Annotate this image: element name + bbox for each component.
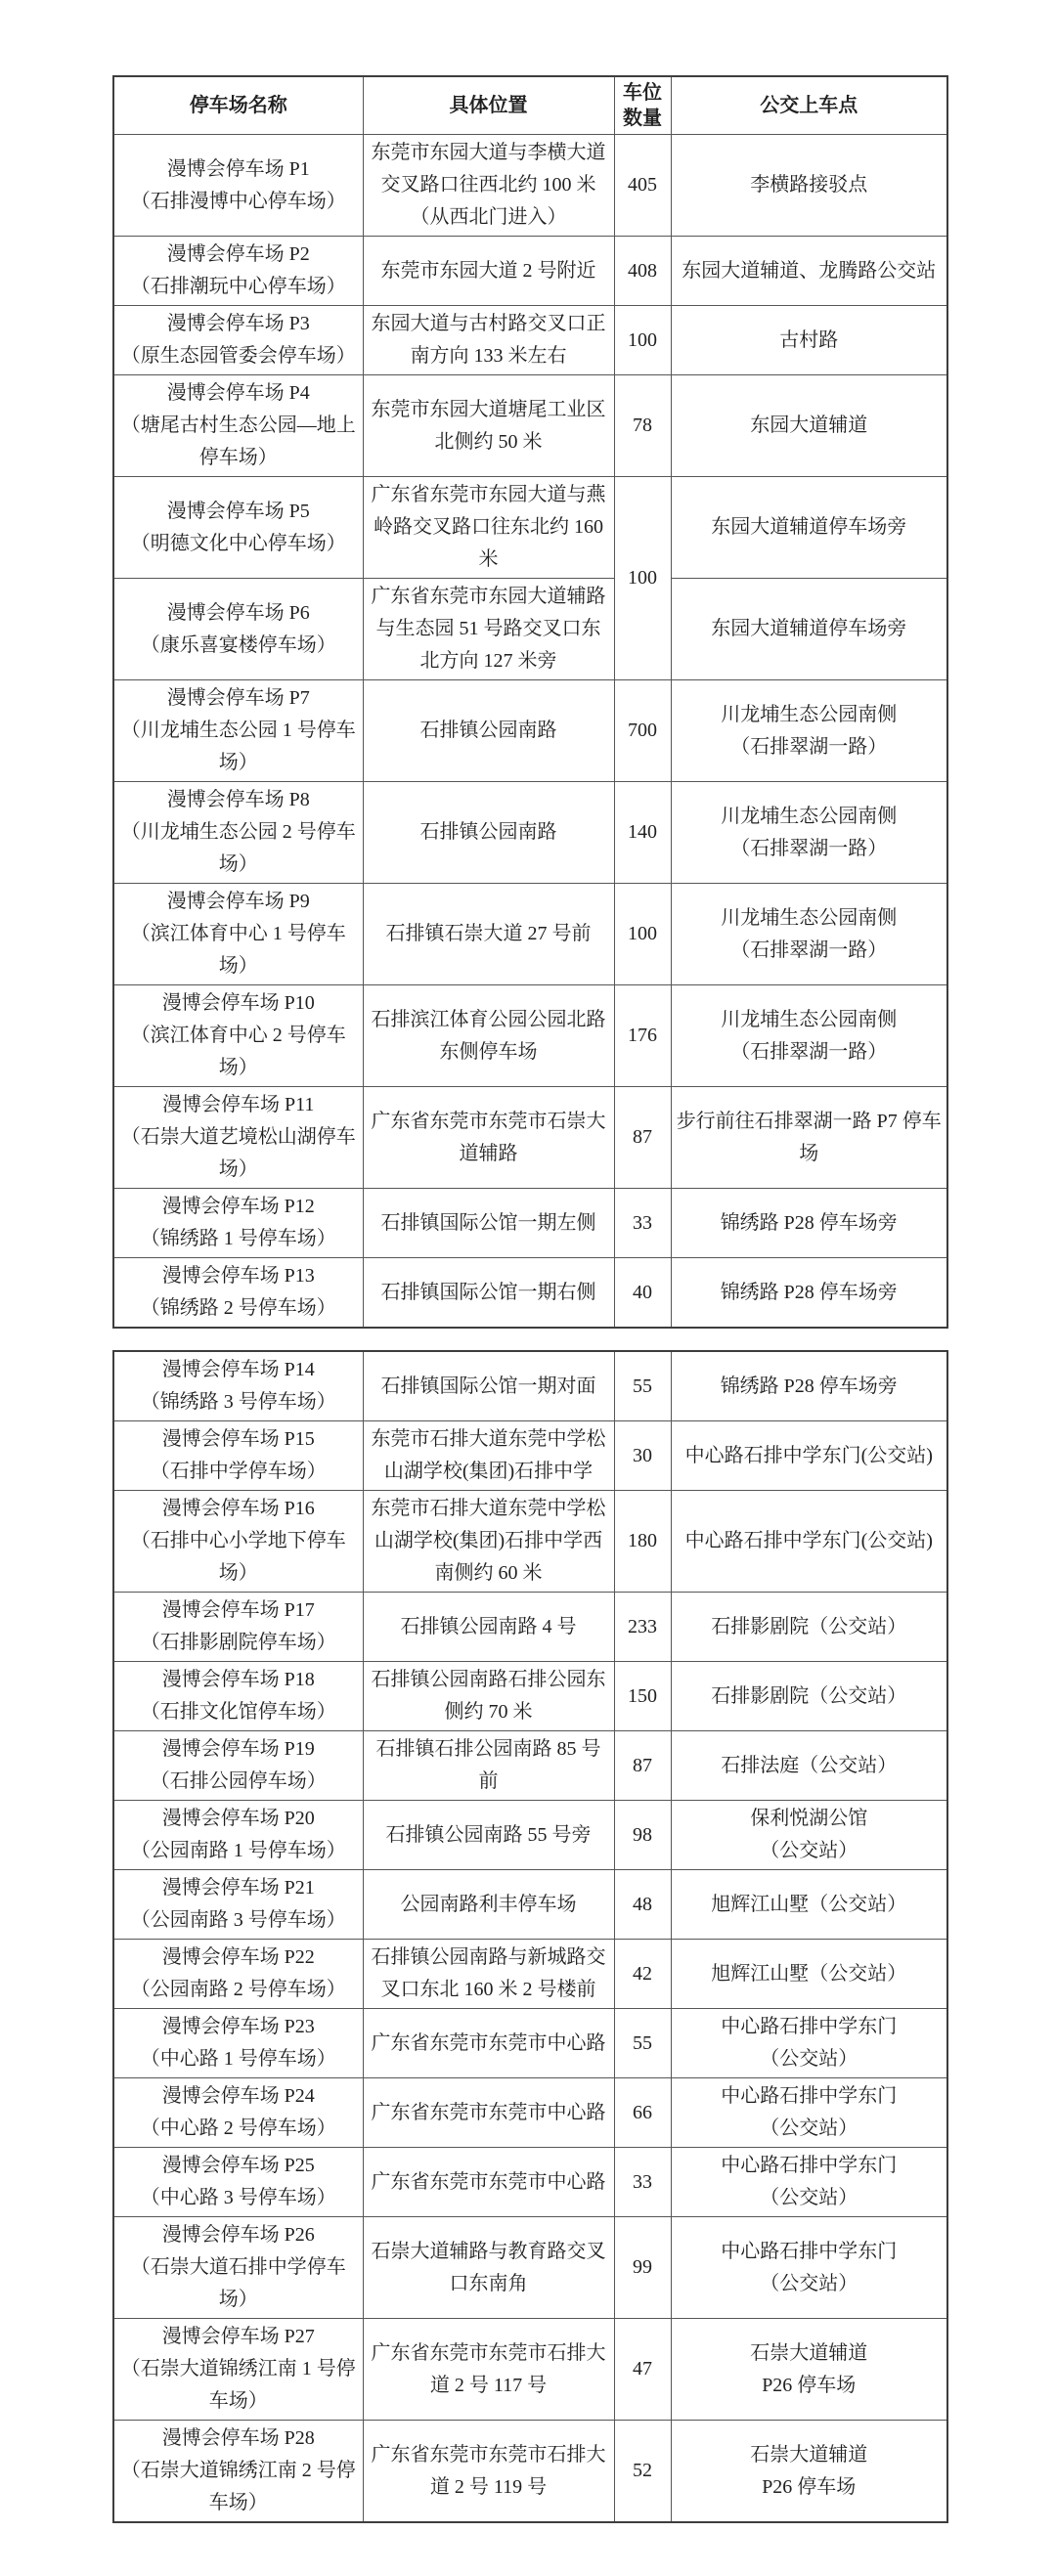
parking-name-cell: 漫博会停车场 P13 （锦绣路 2 号停车场） bbox=[113, 1258, 363, 1329]
location-cell: 东园大道与古村路交叉口正南方向 133 米左右 bbox=[363, 306, 614, 375]
bus-stop-cell: 中心路石排中学东门 （公交站） bbox=[671, 2148, 947, 2217]
bus-stop-cell: 旭辉江山墅（公交站） bbox=[671, 1940, 947, 2009]
parking-name-cell: 漫博会停车场 P25 （中心路 3 号停车场） bbox=[113, 2148, 363, 2217]
capacity-cell: 150 bbox=[614, 1662, 671, 1731]
parking-name-cell: 漫博会停车场 P21 （公园南路 3 号停车场） bbox=[113, 1870, 363, 1940]
document-page: 停车场名称 具体位置 车位 数量 公交上车点 漫博会停车场 P1 （石排漫博中心… bbox=[0, 0, 1056, 2576]
table-row: 漫博会停车场 P6 （康乐喜宴楼停车场）广东省东莞市东园大道辅路与生态园 51 … bbox=[113, 579, 947, 680]
location-cell: 广东省东莞市东莞市中心路 bbox=[363, 2078, 614, 2148]
bus-stop-cell: 锦绣路 P28 停车场旁 bbox=[671, 1189, 947, 1258]
table-row: 漫博会停车场 P26 （石崇大道石排中学停车场）石崇大道辅路与教育路交叉口东南角… bbox=[113, 2217, 947, 2319]
capacity-cell: 87 bbox=[614, 1731, 671, 1801]
bus-stop-cell: 东园大道辅道 bbox=[671, 375, 947, 477]
col-header-capacity: 车位 数量 bbox=[614, 76, 671, 135]
bus-stop-cell: 石排影剧院（公交站） bbox=[671, 1593, 947, 1662]
location-cell: 广东省东莞市东莞市中心路 bbox=[363, 2148, 614, 2217]
table-body-2: 漫博会停车场 P14 （锦绣路 3 号停车场）石排镇国际公馆一期对面55锦绣路 … bbox=[113, 1351, 947, 2522]
parking-name-cell: 漫博会停车场 P3 （原生态园管委会停车场） bbox=[113, 306, 363, 375]
capacity-cell: 55 bbox=[614, 2009, 671, 2078]
parking-table-1: 停车场名称 具体位置 车位 数量 公交上车点 漫博会停车场 P1 （石排漫博中心… bbox=[112, 75, 948, 1329]
location-cell: 公园南路利丰停车场 bbox=[363, 1870, 614, 1940]
table-row: 漫博会停车场 P13 （锦绣路 2 号停车场）石排镇国际公馆一期右侧40锦绣路 … bbox=[113, 1258, 947, 1329]
capacity-cell: 100 bbox=[614, 884, 671, 985]
table-row: 漫博会停车场 P15 （石排中学停车场）东莞市石排大道东莞中学松山湖学校(集团)… bbox=[113, 1421, 947, 1491]
parking-name-cell: 漫博会停车场 P1 （石排漫博中心停车场） bbox=[113, 135, 363, 237]
capacity-cell: 180 bbox=[614, 1491, 671, 1593]
bus-stop-cell: 川龙埔生态公园南侧 （石排翠湖一路） bbox=[671, 985, 947, 1087]
parking-name-cell: 漫博会停车场 P17 （石排影剧院停车场） bbox=[113, 1593, 363, 1662]
bus-stop-cell: 旭辉江山墅（公交站） bbox=[671, 1870, 947, 1940]
table-row: 漫博会停车场 P17 （石排影剧院停车场）石排镇公园南路 4 号233石排影剧院… bbox=[113, 1593, 947, 1662]
col-header-location: 具体位置 bbox=[363, 76, 614, 135]
bus-stop-cell: 川龙埔生态公园南侧 （石排翠湖一路） bbox=[671, 884, 947, 985]
bus-stop-cell: 锦绣路 P28 停车场旁 bbox=[671, 1351, 947, 1421]
capacity-cell: 99 bbox=[614, 2217, 671, 2319]
bus-stop-cell: 川龙埔生态公园南侧 （石排翠湖一路） bbox=[671, 782, 947, 884]
location-cell: 石排镇石崇大道 27 号前 bbox=[363, 884, 614, 985]
bus-stop-cell: 中心路石排中学东门 （公交站） bbox=[671, 2217, 947, 2319]
parking-name-cell: 漫博会停车场 P15 （石排中学停车场） bbox=[113, 1421, 363, 1491]
capacity-cell: 48 bbox=[614, 1870, 671, 1940]
location-cell: 东莞市石排大道东莞中学松山湖学校(集团)石排中学 bbox=[363, 1421, 614, 1491]
location-cell: 石排镇公园南路 bbox=[363, 782, 614, 884]
parking-name-cell: 漫博会停车场 P24 （中心路 2 号停车场） bbox=[113, 2078, 363, 2148]
parking-name-cell: 漫博会停车场 P14 （锦绣路 3 号停车场） bbox=[113, 1351, 363, 1421]
capacity-cell: 140 bbox=[614, 782, 671, 884]
table-row: 漫博会停车场 P11 （石崇大道艺境松山湖停车场）广东省东莞市东莞市石崇大道辅路… bbox=[113, 1087, 947, 1189]
bus-stop-cell: 步行前往石排翠湖一路 P7 停车场 bbox=[671, 1087, 947, 1189]
table-row: 漫博会停车场 P22 （公园南路 2 号停车场）石排镇公园南路与新城路交叉口东北… bbox=[113, 1940, 947, 2009]
capacity-cell: 100 bbox=[614, 477, 671, 680]
table-header: 停车场名称 具体位置 车位 数量 公交上车点 bbox=[113, 76, 947, 135]
parking-name-cell: 漫博会停车场 P26 （石崇大道石排中学停车场） bbox=[113, 2217, 363, 2319]
capacity-cell: 233 bbox=[614, 1593, 671, 1662]
parking-name-cell: 漫博会停车场 P7 （川龙埔生态公园 1 号停车场） bbox=[113, 680, 363, 782]
bus-stop-cell: 中心路石排中学东门 （公交站） bbox=[671, 2078, 947, 2148]
table-row: 漫博会停车场 P12 （锦绣路 1 号停车场）石排镇国际公馆一期左侧33锦绣路 … bbox=[113, 1189, 947, 1258]
location-cell: 石排镇公园南路与新城路交叉口东北 160 米 2 号楼前 bbox=[363, 1940, 614, 2009]
capacity-cell: 66 bbox=[614, 2078, 671, 2148]
capacity-cell: 87 bbox=[614, 1087, 671, 1189]
capacity-cell: 33 bbox=[614, 2148, 671, 2217]
table-row: 漫博会停车场 P10 （滨江体育中心 2 号停车场）石排滨江体育公园公园北路东侧… bbox=[113, 985, 947, 1087]
table-row: 漫博会停车场 P14 （锦绣路 3 号停车场）石排镇国际公馆一期对面55锦绣路 … bbox=[113, 1351, 947, 1421]
capacity-cell: 40 bbox=[614, 1258, 671, 1329]
parking-name-cell: 漫博会停车场 P10 （滨江体育中心 2 号停车场） bbox=[113, 985, 363, 1087]
bus-stop-cell: 石崇大道辅道 P26 停车场 bbox=[671, 2319, 947, 2421]
parking-tables-container: 停车场名称 具体位置 车位 数量 公交上车点 漫博会停车场 P1 （石排漫博中心… bbox=[112, 75, 946, 2523]
header-row: 停车场名称 具体位置 车位 数量 公交上车点 bbox=[113, 76, 947, 135]
parking-name-cell: 漫博会停车场 P11 （石崇大道艺境松山湖停车场） bbox=[113, 1087, 363, 1189]
capacity-cell: 33 bbox=[614, 1189, 671, 1258]
capacity-cell: 42 bbox=[614, 1940, 671, 2009]
capacity-cell: 30 bbox=[614, 1421, 671, 1491]
capacity-cell: 408 bbox=[614, 237, 671, 306]
location-cell: 广东省东莞市东园大道与燕岭路交叉路口往东北约 160 米 bbox=[363, 477, 614, 579]
capacity-cell: 176 bbox=[614, 985, 671, 1087]
table-row: 漫博会停车场 P19 （石排公园停车场）石排镇石排公园南路 85 号前87石排法… bbox=[113, 1731, 947, 1801]
location-cell: 石崇大道辅路与教育路交叉口东南角 bbox=[363, 2217, 614, 2319]
table-gap bbox=[112, 1329, 946, 1350]
location-cell: 广东省东莞市东莞市石排大道 2 号 117 号 bbox=[363, 2319, 614, 2421]
table-row: 漫博会停车场 P21 （公园南路 3 号停车场）公园南路利丰停车场48旭辉江山墅… bbox=[113, 1870, 947, 1940]
bus-stop-cell: 东园大道辅道停车场旁 bbox=[671, 477, 947, 579]
parking-name-cell: 漫博会停车场 P5 （明德文化中心停车场） bbox=[113, 477, 363, 579]
table-row: 漫博会停车场 P7 （川龙埔生态公园 1 号停车场）石排镇公园南路700川龙埔生… bbox=[113, 680, 947, 782]
parking-name-cell: 漫博会停车场 P19 （石排公园停车场） bbox=[113, 1731, 363, 1801]
table-row: 漫博会停车场 P24 （中心路 2 号停车场）广东省东莞市东莞市中心路66中心路… bbox=[113, 2078, 947, 2148]
capacity-cell: 78 bbox=[614, 375, 671, 477]
bus-stop-cell: 东园大道辅道停车场旁 bbox=[671, 579, 947, 680]
bus-stop-cell: 东园大道辅道、龙腾路公交站 bbox=[671, 237, 947, 306]
location-cell: 广东省东莞市东莞市石崇大道辅路 bbox=[363, 1087, 614, 1189]
location-cell: 石排镇石排公园南路 85 号前 bbox=[363, 1731, 614, 1801]
table-row: 漫博会停车场 P25 （中心路 3 号停车场）广东省东莞市东莞市中心路33中心路… bbox=[113, 2148, 947, 2217]
table-row: 漫博会停车场 P20 （公园南路 1 号停车场）石排镇公园南路 55 号旁98保… bbox=[113, 1801, 947, 1870]
location-cell: 石排镇国际公馆一期右侧 bbox=[363, 1258, 614, 1329]
capacity-cell: 55 bbox=[614, 1351, 671, 1421]
table-row: 漫博会停车场 P8 （川龙埔生态公园 2 号停车场）石排镇公园南路140川龙埔生… bbox=[113, 782, 947, 884]
location-cell: 广东省东莞市东园大道辅路与生态园 51 号路交叉口东北方向 127 米旁 bbox=[363, 579, 614, 680]
bus-stop-cell: 李横路接驳点 bbox=[671, 135, 947, 237]
parking-name-cell: 漫博会停车场 P27 （石崇大道锦绣江南 1 号停车场） bbox=[113, 2319, 363, 2421]
bus-stop-cell: 中心路石排中学东门 （公交站） bbox=[671, 2009, 947, 2078]
parking-name-cell: 漫博会停车场 P28 （石崇大道锦绣江南 2 号停车场） bbox=[113, 2421, 363, 2523]
location-cell: 东莞市东园大道与李横大道交叉路口往西北约 100 米（从西北门进入） bbox=[363, 135, 614, 237]
location-cell: 石排镇公园南路 4 号 bbox=[363, 1593, 614, 1662]
parking-name-cell: 漫博会停车场 P23 （中心路 1 号停车场） bbox=[113, 2009, 363, 2078]
capacity-cell: 405 bbox=[614, 135, 671, 237]
bus-stop-cell: 石排影剧院（公交站） bbox=[671, 1662, 947, 1731]
location-cell: 东莞市东园大道塘尾工业区北侧约 50 米 bbox=[363, 375, 614, 477]
location-cell: 石排滨江体育公园公园北路东侧停车场 bbox=[363, 985, 614, 1087]
table-row: 漫博会停车场 P18 （石排文化馆停车场）石排镇公园南路石排公园东侧约 70 米… bbox=[113, 1662, 947, 1731]
parking-name-cell: 漫博会停车场 P2 （石排潮玩中心停车场） bbox=[113, 237, 363, 306]
bus-stop-cell: 中心路石排中学东门(公交站) bbox=[671, 1421, 947, 1491]
location-cell: 石排镇公园南路石排公园东侧约 70 米 bbox=[363, 1662, 614, 1731]
bus-stop-cell: 保利悦湖公馆 （公交站） bbox=[671, 1801, 947, 1870]
parking-name-cell: 漫博会停车场 P6 （康乐喜宴楼停车场） bbox=[113, 579, 363, 680]
bus-stop-cell: 石崇大道辅道 P26 停车场 bbox=[671, 2421, 947, 2523]
table-body-1: 漫博会停车场 P1 （石排漫博中心停车场）东莞市东园大道与李横大道交叉路口往西北… bbox=[113, 135, 947, 1329]
table-row: 漫博会停车场 P27 （石崇大道锦绣江南 1 号停车场）广东省东莞市东莞市石排大… bbox=[113, 2319, 947, 2421]
location-cell: 广东省东莞市东莞市石排大道 2 号 119 号 bbox=[363, 2421, 614, 2523]
table-row: 漫博会停车场 P9 （滨江体育中心 1 号停车场）石排镇石崇大道 27 号前10… bbox=[113, 884, 947, 985]
col-header-bus-stop: 公交上车点 bbox=[671, 76, 947, 135]
location-cell: 东莞市石排大道东莞中学松山湖学校(集团)石排中学西南侧约 60 米 bbox=[363, 1491, 614, 1593]
location-cell: 广东省东莞市东莞市中心路 bbox=[363, 2009, 614, 2078]
location-cell: 石排镇公园南路 bbox=[363, 680, 614, 782]
parking-name-cell: 漫博会停车场 P9 （滨江体育中心 1 号停车场） bbox=[113, 884, 363, 985]
parking-name-cell: 漫博会停车场 P4 （塘尾古村生态公园—地上停车场） bbox=[113, 375, 363, 477]
table-row: 漫博会停车场 P4 （塘尾古村生态公园—地上停车场）东莞市东园大道塘尾工业区北侧… bbox=[113, 375, 947, 477]
location-cell: 石排镇公园南路 55 号旁 bbox=[363, 1801, 614, 1870]
table-row: 漫博会停车场 P28 （石崇大道锦绣江南 2 号停车场）广东省东莞市东莞市石排大… bbox=[113, 2421, 947, 2523]
table-row: 漫博会停车场 P3 （原生态园管委会停车场）东园大道与古村路交叉口正南方向 13… bbox=[113, 306, 947, 375]
parking-name-cell: 漫博会停车场 P16 （石排中心小学地下停车场） bbox=[113, 1491, 363, 1593]
location-cell: 石排镇国际公馆一期左侧 bbox=[363, 1189, 614, 1258]
parking-name-cell: 漫博会停车场 P18 （石排文化馆停车场） bbox=[113, 1662, 363, 1731]
bus-stop-cell: 川龙埔生态公园南侧 （石排翠湖一路） bbox=[671, 680, 947, 782]
parking-name-cell: 漫博会停车场 P22 （公园南路 2 号停车场） bbox=[113, 1940, 363, 2009]
table-row: 漫博会停车场 P1 （石排漫博中心停车场）东莞市东园大道与李横大道交叉路口往西北… bbox=[113, 135, 947, 237]
capacity-cell: 98 bbox=[614, 1801, 671, 1870]
location-cell: 石排镇国际公馆一期对面 bbox=[363, 1351, 614, 1421]
parking-name-cell: 漫博会停车场 P12 （锦绣路 1 号停车场） bbox=[113, 1189, 363, 1258]
parking-name-cell: 漫博会停车场 P8 （川龙埔生态公园 2 号停车场） bbox=[113, 782, 363, 884]
bus-stop-cell: 锦绣路 P28 停车场旁 bbox=[671, 1258, 947, 1329]
location-cell: 东莞市东园大道 2 号附近 bbox=[363, 237, 614, 306]
table-row: 漫博会停车场 P16 （石排中心小学地下停车场）东莞市石排大道东莞中学松山湖学校… bbox=[113, 1491, 947, 1593]
bus-stop-cell: 石排法庭（公交站） bbox=[671, 1731, 947, 1801]
bus-stop-cell: 中心路石排中学东门(公交站) bbox=[671, 1491, 947, 1593]
table-row: 漫博会停车场 P2 （石排潮玩中心停车场）东莞市东园大道 2 号附近408东园大… bbox=[113, 237, 947, 306]
capacity-cell: 700 bbox=[614, 680, 671, 782]
parking-name-cell: 漫博会停车场 P20 （公园南路 1 号停车场） bbox=[113, 1801, 363, 1870]
capacity-cell: 100 bbox=[614, 306, 671, 375]
bus-stop-cell: 古村路 bbox=[671, 306, 947, 375]
capacity-cell: 52 bbox=[614, 2421, 671, 2523]
table-row: 漫博会停车场 P5 （明德文化中心停车场）广东省东莞市东园大道与燕岭路交叉路口往… bbox=[113, 477, 947, 579]
col-header-parking-name: 停车场名称 bbox=[113, 76, 363, 135]
parking-table-2: 漫博会停车场 P14 （锦绣路 3 号停车场）石排镇国际公馆一期对面55锦绣路 … bbox=[112, 1350, 948, 2523]
capacity-cell: 47 bbox=[614, 2319, 671, 2421]
table-row: 漫博会停车场 P23 （中心路 1 号停车场）广东省东莞市东莞市中心路55中心路… bbox=[113, 2009, 947, 2078]
